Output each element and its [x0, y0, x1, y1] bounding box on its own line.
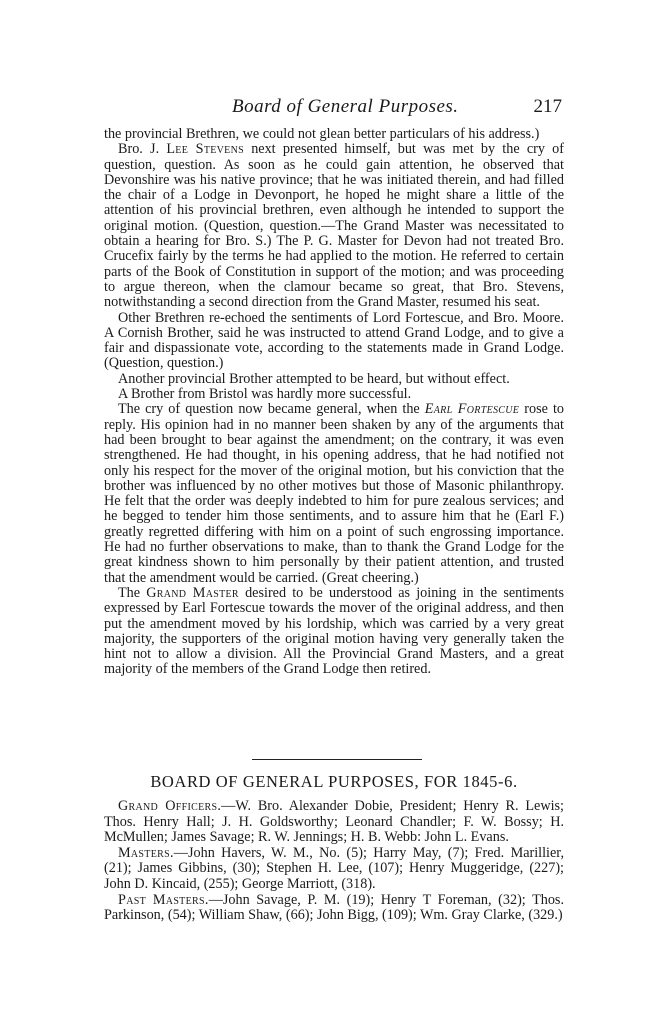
paragraph-lead: Bro. J. [118, 141, 166, 157]
speaker-name: Grand Master [146, 585, 239, 601]
paragraph-lead: The [118, 585, 146, 601]
entry-label: Masters. [118, 845, 174, 861]
paragraph: A Brother from Bristol was hardly more s… [104, 387, 564, 402]
page-number: 217 [534, 96, 563, 118]
paragraph-text: next presented himself, but was met by t… [104, 141, 564, 310]
entry-label: Grand Officers. [118, 798, 221, 814]
board-members-list: Grand Officers.—W. Bro. Alexander Dobie,… [104, 799, 564, 924]
paragraph: The Grand Master desired to be understoo… [104, 586, 564, 678]
section-divider [252, 759, 422, 760]
entry-text: —John Havers, W. M., No. (5); Harry May,… [104, 845, 564, 892]
entry-label: Past Masters. [118, 892, 209, 908]
section-heading: BOARD OF GENERAL PURPOSES, FOR 1845-6. [104, 772, 564, 792]
speaker-name: Lee Stevens [166, 141, 244, 157]
paragraph: Other Brethren re-echoed the sentiments … [104, 311, 564, 372]
past-masters-entry: Past Masters.—John Savage, P. M. (19); H… [104, 893, 564, 924]
paragraph: the provincial Brethren, we could not gl… [104, 127, 564, 142]
paragraph-text: rose to reply. His opinion had in no man… [104, 401, 564, 585]
running-title: Board of General Purposes. [232, 96, 459, 118]
masters-entry: Masters.—John Havers, W. M., No. (5); Ha… [104, 846, 564, 893]
paragraph: The cry of question now became general, … [104, 402, 564, 586]
paragraph-lead: The cry of question now became general, … [118, 401, 425, 417]
grand-officers-entry: Grand Officers.—W. Bro. Alexander Dobie,… [104, 799, 564, 846]
paragraph: Bro. J. Lee Stevens next presented himse… [104, 142, 564, 310]
body-text: the provincial Brethren, we could not gl… [104, 127, 564, 678]
speaker-name: Earl Fortescue [425, 401, 519, 417]
paragraph: Another provincial Brother attempted to … [104, 372, 564, 387]
page-header: Board of General Purposes. 217 [104, 96, 564, 120]
